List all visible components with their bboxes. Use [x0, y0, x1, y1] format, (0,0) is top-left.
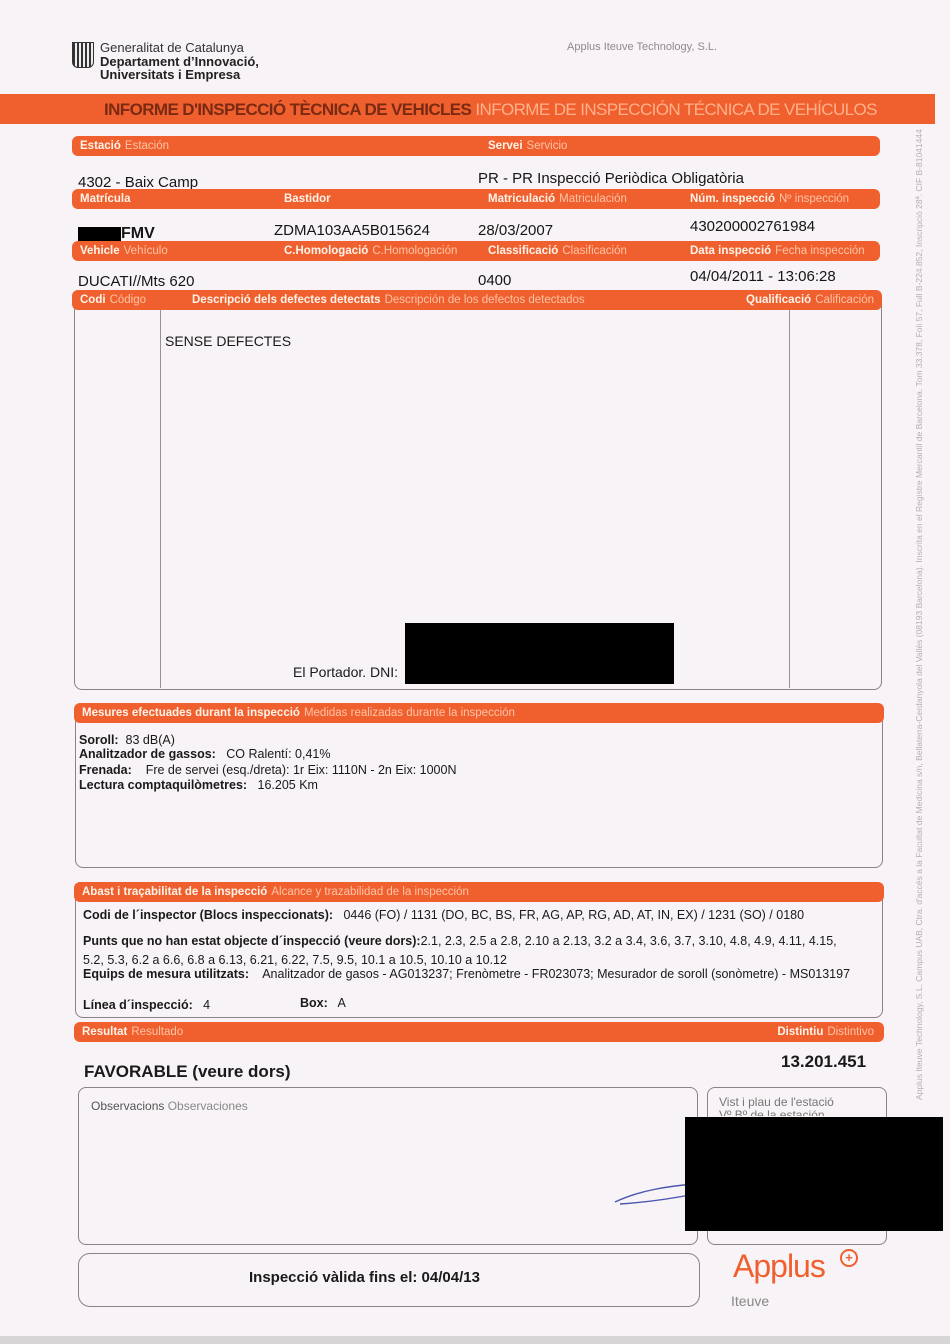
title-ca: INFORME D'INSPECCIÓ TÈCNICA DE VEHICLES [104, 100, 471, 119]
label-vehicle: Vehicle [80, 245, 120, 257]
measure-gasos: Analitzador de gassos: CO Ralentí: 0,41% [79, 747, 330, 762]
label-resultado: Resultado [131, 1026, 183, 1038]
value-classificacio: 0400 [478, 272, 511, 289]
inspector-value: 0446 (FO) / 1131 (DO, BC, BS, FR, AG, AP… [343, 908, 804, 922]
label-matriculacio: Matriculació [488, 193, 555, 205]
title-es: INFORME DE INSPECCIÓN TÉCNICA DE VEHÍCUL… [475, 100, 876, 119]
catalonia-crest-icon [72, 42, 94, 68]
label-servicio: Servicio [527, 140, 568, 152]
label-matriculacion: Matriculación [559, 193, 627, 205]
box-label: Box: [300, 996, 328, 1010]
label-distintiu: Distintiu [777, 1026, 823, 1038]
redaction-dni [405, 623, 674, 684]
authority-line3: Universitats i Empresa [100, 67, 240, 82]
frenada-value: Fre de servei (esq./dreta): 1r Eix: 1110… [146, 763, 457, 777]
label-matricula: Matrícula [80, 193, 131, 205]
soroll-label: Soroll: [79, 733, 119, 747]
vist-es: Vº Bº de la estación [719, 1108, 825, 1116]
box-field: Box: A [300, 996, 346, 1010]
value-servei: PR - PR Inspecció Periòdica Obligatòria [478, 170, 744, 187]
label-data-inspeccio: Data inspecció [690, 245, 771, 257]
page-bottom-edge [0, 1336, 950, 1344]
soroll-value: 83 dB(A) [126, 733, 175, 747]
label-codi: Codi [80, 294, 106, 306]
title: INFORME D'INSPECCIÓ TÈCNICA DE VEHICLES … [104, 100, 877, 120]
bar-measures: Mesures efectuades durant la inspeccióMe… [74, 703, 884, 723]
bar-traceability: Abast i traçabilitat de la inspeccióAlca… [74, 882, 884, 902]
label-resultat: Resultat [82, 1026, 127, 1038]
value-vehicle: DUCATI//Mts 620 [78, 273, 194, 290]
distintiu-value: 13.201.451 [781, 1052, 866, 1072]
label-clasificacion: Clasificación [562, 245, 627, 257]
redaction-stamp [685, 1117, 943, 1231]
label-homologacion: C.Homologación [372, 245, 457, 257]
value-bastidor: ZDMA103AA5B015624 [274, 222, 430, 239]
bar-result: ResultatResultado DistintiuDistintivo [74, 1022, 884, 1042]
observ-es: Observaciones [168, 1099, 248, 1113]
punts-label: Punts que no han estat objecte d´inspecc… [83, 934, 421, 948]
portador-label: El Portador. DNI: [293, 664, 398, 680]
label-estacio: Estació [80, 140, 121, 152]
frenada-label: Frenada: [79, 763, 132, 777]
observ-ca: Observacions [91, 1099, 164, 1113]
value-data-inspeccio: 04/04/2011 - 13:06:28 [690, 268, 836, 285]
measure-frenada: Frenada: Fre de servei (esq./dreta): 1r … [79, 763, 457, 778]
label-num-inspeccion: Nº inspección [779, 193, 849, 205]
punts-value-1: 2.1, 2.3, 2.5 a 2.8, 2.10 a 2.13, 3.2 a … [421, 934, 837, 948]
redaction-plate [78, 227, 121, 241]
label-distintivo: Distintivo [827, 1026, 874, 1038]
logo-sub: Iteuve [731, 1293, 769, 1309]
linea: Línea d´inspecció: 4 [83, 998, 210, 1012]
measure-km: Lectura comptaquilòmetres: 16.205 Km [79, 778, 318, 793]
bar-estacio-servei: EstacióEstación ServeiServicio [72, 136, 880, 156]
label-medidas: Medidas realizadas durante la inspección [304, 707, 515, 719]
observations-label: Observacions Observaciones [91, 1099, 248, 1113]
label-servei: Servei [488, 140, 523, 152]
punts-line1: Punts que no han estat objecte d´inspecc… [83, 934, 837, 948]
label-num-inspeccio: Núm. inspecció [690, 193, 775, 205]
label-estacion: Estación [125, 140, 169, 152]
applus-logo: Applus [733, 1248, 825, 1285]
vist-ca: Vist i plau de l'estació [719, 1095, 834, 1109]
label-abast: Abast i traçabilitat de la inspecció [82, 886, 267, 898]
defects-text: SENSE DEFECTES [165, 333, 291, 349]
label-mesures: Mesures efectuades durant la inspecció [82, 707, 300, 719]
label-homologacio: C.Homologació [284, 245, 368, 257]
gasos-value: CO Ralentí: 0,41% [226, 747, 330, 761]
defects-col-divider-2 [789, 310, 790, 688]
label-fecha-inspeccion: Fecha inspección [775, 245, 865, 257]
label-descripcion: Descripción de los defectos detectados [385, 294, 585, 306]
side-legal-text: Applus Iteuve Technology, S.L. Campus UA… [914, 129, 924, 1100]
label-bastidor: Bastidor [284, 193, 331, 205]
circle-plus-icon: + [840, 1249, 858, 1267]
label-alcance: Alcance y trazabilidad de la inspección [271, 886, 469, 898]
equips-value: Analitzador de gasos - AG013237; Frenòme… [262, 967, 850, 981]
value-matriculacio: 28/03/2007 [478, 222, 553, 239]
label-calificacion: Calificación [815, 294, 874, 306]
punts-line2: 5.2, 5.3, 6.2 a 6.6, 6.8 a 6.13, 6.21, 6… [83, 953, 507, 967]
linea-value: 4 [203, 998, 210, 1012]
bar-defects: CodiCódigo Descripció dels defectes dete… [72, 290, 882, 310]
label-descripcio: Descripció dels defectes detectats [192, 294, 381, 306]
bar-vehicle: VehicleVehículo C.HomologacióC.Homologac… [72, 241, 880, 261]
equips-label: Equips de mesura utilitzats: [83, 967, 249, 981]
equips: Equips de mesura utilitzats: Analitzador… [83, 967, 850, 981]
logo-text: Applus [733, 1248, 825, 1284]
result-value: FAVORABLE (veure dors) [84, 1062, 291, 1082]
label-vehiculo: Vehículo [124, 245, 168, 257]
gasos-label: Analitzador de gassos: [79, 747, 216, 761]
linea-label: Línea d´inspecció: [83, 998, 193, 1012]
bar-matricula: Matrícula Bastidor MatriculacióMatricula… [72, 189, 880, 209]
inspector-label: Codi de l´inspector (Blocs inspeccionats… [83, 908, 333, 922]
authority-line1: Generalitat de Catalunya [100, 40, 244, 55]
measure-soroll: Soroll: 83 dB(A) [79, 733, 175, 748]
km-value: 16.205 Km [258, 778, 318, 792]
box-value: A [338, 996, 346, 1010]
company-name: Applus Iteuve Technology, S.L. [567, 41, 717, 53]
value-num-inspeccio: 430200002761984 [690, 218, 815, 235]
label-classificacio: Classificació [488, 245, 558, 257]
inspector-code: Codi de l´inspector (Blocs inspeccionats… [83, 908, 804, 922]
defects-col-divider-1 [160, 310, 161, 688]
label-qualificacio: Qualificació [746, 294, 811, 306]
validity-text: Inspecció vàlida fins el: 04/04/13 [249, 1269, 480, 1286]
label-codigo: Código [110, 294, 146, 306]
km-label: Lectura comptaquilòmetres: [79, 778, 247, 792]
